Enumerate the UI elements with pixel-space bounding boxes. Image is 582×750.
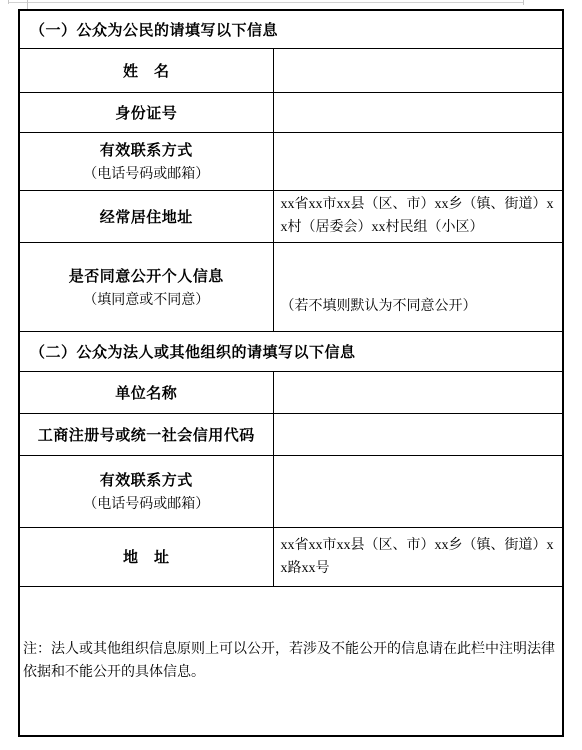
consent-label-cell: 是否同意公开个人信息 （填同意或不同意）: [19, 242, 273, 331]
consent-label: 是否同意公开个人信息: [26, 265, 267, 286]
table-row: 是否同意公开个人信息 （填同意或不同意） （若不填则默认为不同意公开）: [19, 242, 563, 331]
table-row: 身份证号: [19, 92, 563, 132]
table-row: 有效联系方式 （电话号码或邮箱）: [19, 455, 563, 527]
section1-header-row: （一）公众为公民的请填写以下信息: [19, 10, 563, 48]
org-contact-sublabel: （电话号码或邮箱）: [26, 493, 267, 513]
grid-remnant-horizontal: [8, 2, 524, 3]
org-address-value: xx省xx市xx县（区、市）xx乡（镇、街道）xx路xx号: [281, 538, 554, 576]
residence-address-value: xx省xx市xx县（区、市）xx乡（镇、街道）xx村（居委会）xx村民组（小区）: [281, 197, 554, 235]
section2-header-row: （二）公众为法人或其他组织的请填写以下信息: [19, 331, 563, 371]
residence-address-label: 经常居住地址: [19, 190, 273, 242]
org-contact-label: 有效联系方式: [26, 469, 267, 490]
org-name-label: 单位名称: [19, 371, 273, 413]
grid-remnant-tick-left2: [27, 0, 28, 9]
consent-hint: （若不填则默认为不同意公开）: [281, 299, 477, 314]
reg-number-input-cell[interactable]: [273, 413, 563, 455]
table-row: 经常居住地址 xx省xx市xx县（区、市）xx乡（镇、街道）xx村（居委会）xx…: [19, 190, 563, 242]
consent-sublabel: （填同意或不同意）: [26, 289, 267, 309]
contact-label: 有效联系方式: [26, 139, 267, 160]
section1-header: （一）公众为公民的请填写以下信息: [19, 10, 563, 48]
org-contact-label-cell: 有效联系方式 （电话号码或邮箱）: [19, 455, 273, 527]
public-info-form-table: （一）公众为公民的请填写以下信息 姓 名 身份证号 有效联系方式 （电话号码或邮…: [18, 9, 564, 737]
id-number-label: 身份证号: [19, 92, 273, 132]
residence-address-input-cell[interactable]: xx省xx市xx县（区、市）xx乡（镇、街道）xx村（居委会）xx村民组（小区）: [273, 190, 563, 242]
org-address-label: 地 址: [19, 527, 273, 586]
org-address-input-cell[interactable]: xx省xx市xx县（区、市）xx乡（镇、街道）xx路xx号: [273, 527, 563, 586]
reg-number-label: 工商注册号或统一社会信用代码: [19, 413, 273, 455]
note-row: 注：法人或其他组织信息原则上可以公开，若涉及不能公开的信息请在此栏中注明法律依据…: [19, 586, 563, 736]
table-row: 姓 名: [19, 48, 563, 92]
contact-input-cell[interactable]: [273, 132, 563, 190]
org-contact-input-cell[interactable]: [273, 455, 563, 527]
contact-label-cell: 有效联系方式 （电话号码或邮箱）: [19, 132, 273, 190]
table-row: 工商注册号或统一社会信用代码: [19, 413, 563, 455]
name-label: 姓 名: [19, 48, 273, 92]
table-row: 单位名称: [19, 371, 563, 413]
grid-remnant-tick-right: [523, 0, 524, 5]
table-row: 地 址 xx省xx市xx县（区、市）xx乡（镇、街道）xx路xx号: [19, 527, 563, 586]
section2-header: （二）公众为法人或其他组织的请填写以下信息: [19, 331, 563, 371]
table-row: 有效联系方式 （电话号码或邮箱）: [19, 132, 563, 190]
name-input-cell[interactable]: [273, 48, 563, 92]
legal-note-text: 注：法人或其他组织信息原则上可以公开，若涉及不能公开的信息请在此栏中注明法律依据…: [23, 642, 555, 680]
consent-input-cell[interactable]: （若不填则默认为不同意公开）: [273, 242, 563, 331]
legal-note-input-cell[interactable]: 注：法人或其他组织信息原则上可以公开，若涉及不能公开的信息请在此栏中注明法律依据…: [19, 586, 563, 736]
document-page: （一）公众为公民的请填写以下信息 姓 名 身份证号 有效联系方式 （电话号码或邮…: [0, 0, 582, 750]
org-name-input-cell[interactable]: [273, 371, 563, 413]
grid-remnant-tick-left: [8, 0, 9, 4]
id-number-input-cell[interactable]: [273, 92, 563, 132]
contact-sublabel: （电话号码或邮箱）: [26, 163, 267, 183]
